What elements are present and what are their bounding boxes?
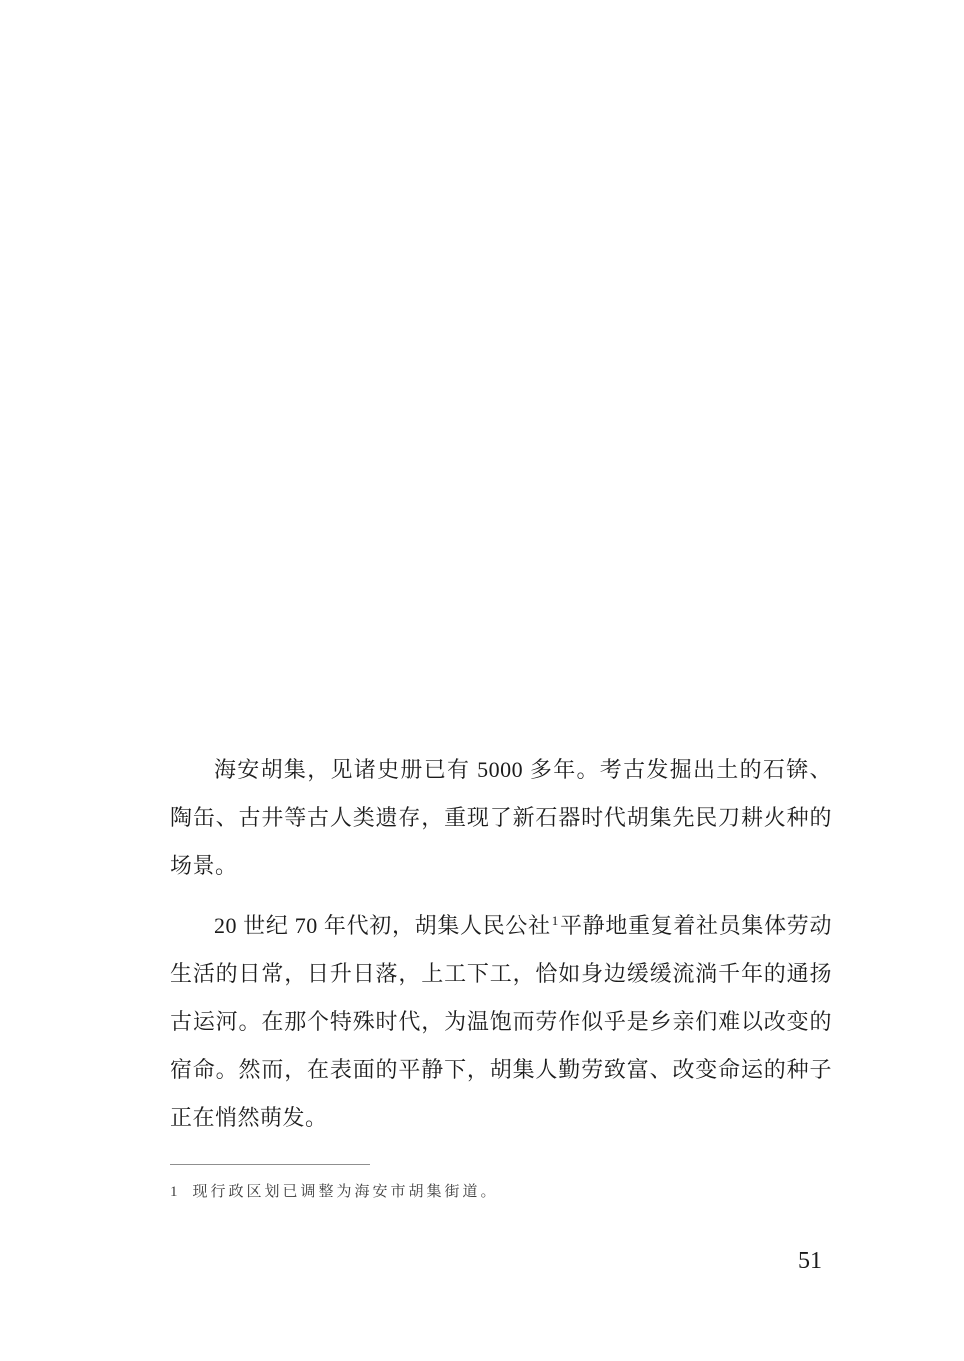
footnote-text: 现行政区划已调整为海安市胡集街道。 xyxy=(193,1184,499,1200)
page-body: 海安胡集，见诸史册已有 5000 多年。考古发掘出土的石锛、陶缶、古井等古人类遗… xyxy=(170,746,832,1142)
document-page: 海安胡集，见诸史册已有 5000 多年。考古发掘出土的石锛、陶缶、古井等古人类遗… xyxy=(0,0,964,1361)
paragraph-2: 20 世纪 70 年代初，胡集人民公社1平静地重复着社员集体劳动生活的日常，日升… xyxy=(170,902,832,1142)
footnote-reference: 1 xyxy=(551,913,560,928)
paragraph-1: 海安胡集，见诸史册已有 5000 多年。考古发掘出土的石锛、陶缶、古井等古人类遗… xyxy=(170,746,832,890)
footnote-divider xyxy=(170,1164,370,1165)
footnote-area: 1现行政区划已调整为海安市胡集街道。 xyxy=(170,1164,832,1203)
paragraph-2-text-before-footnote-ref: 20 世纪 70 年代初，胡集人民公社 xyxy=(214,913,551,938)
footnote: 1现行政区划已调整为海安市胡集街道。 xyxy=(170,1181,832,1203)
footnote-marker: 1 xyxy=(170,1181,181,1203)
paragraph-2-text-after-footnote-ref: 平静地重复着社员集体劳动生活的日常，日升日落，上工下工，恰如身边缓缓流淌千年的通… xyxy=(170,913,832,1130)
page-number: 51 xyxy=(770,1248,850,1275)
